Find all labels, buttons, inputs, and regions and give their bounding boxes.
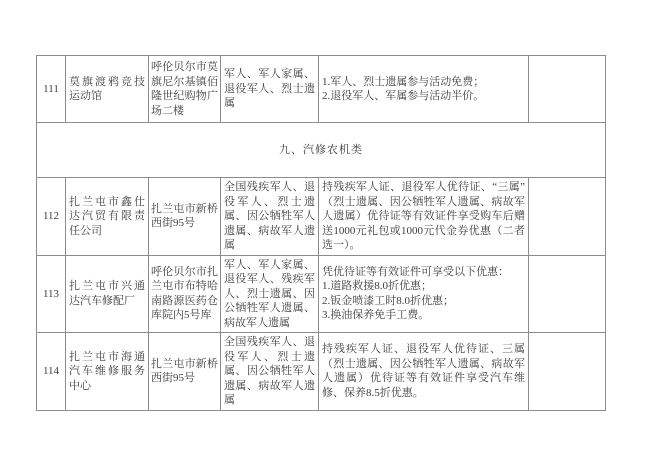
merchant-cell: 扎兰屯市鑫仕达汽贸有限责任公司 bbox=[66, 178, 149, 256]
merchant-cell: 莫旗渡鸦竞技运动馆 bbox=[66, 56, 149, 123]
benefits-cell: 持残疾军人证、退役军人优待证、“三属”（烈士遗属、因公牺牲军人遗属、病故军人遗属… bbox=[319, 178, 529, 256]
serial-cell: 113 bbox=[37, 255, 66, 333]
table-row-114: 114 扎兰屯市海通汽车维修服务中心 扎兰屯市新桥西街95号 全国残疾军人、退役… bbox=[37, 333, 606, 411]
table-row-113: 113 扎兰屯市兴通达汽车修配厂 呼伦贝尔市扎兰屯市布特哈南路源医药仓库院内5号… bbox=[37, 255, 606, 333]
eligible-cell: 全国残疾军人、退役军人、烈士遗属、因公牺牲军人遗属、病故军人遗属 bbox=[221, 178, 319, 256]
address-cell: 扎兰屯市新桥西街95号 bbox=[149, 333, 221, 411]
table-row-112: 112 扎兰屯市鑫仕达汽贸有限责任公司 扎兰屯市新桥西街95号 全国残疾军人、退… bbox=[37, 178, 606, 256]
eligible-cell: 军人、军人家属、退役军人、残疾军人、烈士遗属、因公牺牲军人遗属、病故军人遗属 bbox=[221, 255, 319, 333]
section-title: 九、汽修农机类 bbox=[37, 123, 606, 178]
merchant-cell: 扎兰屯市兴通达汽车修配厂 bbox=[66, 255, 149, 333]
benefits-cell: 持残疾军人证、退役军人优待证、三属（烈士遗属、因公牺牲军人遗属、病故军人遗属）优… bbox=[319, 333, 529, 411]
benefits-table: 111 莫旗渡鸦竞技运动馆 呼伦贝尔市莫旗尼尔基镇佰隆世纪购物广场二楼 军人、军… bbox=[36, 55, 606, 411]
eligible-cell: 军人、军人家属、退役军人、烈士遗属 bbox=[221, 56, 319, 123]
document-page: { "document": { "section_title": "九、汽修农机… bbox=[0, 0, 650, 460]
remark-cell bbox=[529, 56, 606, 123]
table-row-111: 111 莫旗渡鸦竞技运动馆 呼伦贝尔市莫旗尼尔基镇佰隆世纪购物广场二楼 军人、军… bbox=[37, 56, 606, 123]
benefits-cell: 凭优待证等有效证件可享受以下优惠： 1.道路救援8.0折优惠； 2.钣金喷漆工时… bbox=[319, 255, 529, 333]
serial-cell: 114 bbox=[37, 333, 66, 411]
remark-cell bbox=[529, 178, 606, 256]
serial-cell: 111 bbox=[37, 56, 66, 123]
merchant-cell: 扎兰屯市海通汽车维修服务中心 bbox=[66, 333, 149, 411]
address-cell: 扎兰屯市新桥西街95号 bbox=[149, 178, 221, 256]
eligible-cell: 全国残疾军人、退役军人、烈士遗属、因公牺牲军人遗属、病故军人遗属 bbox=[221, 333, 319, 411]
remark-cell bbox=[529, 255, 606, 333]
address-cell: 呼伦贝尔市莫旗尼尔基镇佰隆世纪购物广场二楼 bbox=[149, 56, 221, 123]
address-cell: 呼伦贝尔市扎兰屯市布特哈南路源医药仓库院内5号库 bbox=[149, 255, 221, 333]
remark-cell bbox=[529, 333, 606, 411]
serial-cell: 112 bbox=[37, 178, 66, 256]
benefits-cell: 1.军人、烈士遗属参与活动免费； 2.退役军人、军属参与活动半价。 bbox=[319, 56, 529, 123]
section-header-row: 九、汽修农机类 bbox=[37, 123, 606, 178]
